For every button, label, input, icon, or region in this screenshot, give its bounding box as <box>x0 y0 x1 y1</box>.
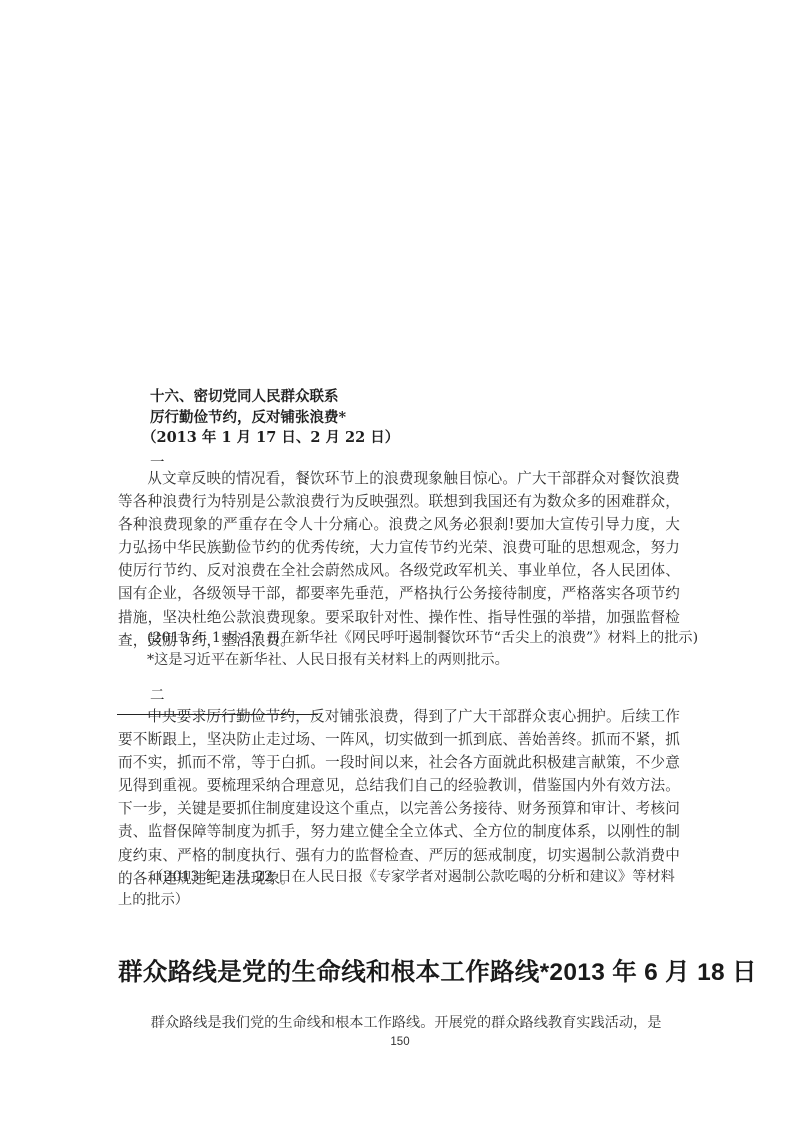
section-heading: 十六、密切党同人民群众联系 <box>150 387 670 408</box>
part-two-number: 二 <box>150 684 165 705</box>
page-number: 150 <box>0 1036 800 1048</box>
next-article-first-line: 群众路线是我们党的生命线和根本工作路线。开展党的群众路线教育实践活动，是 <box>118 1012 680 1034</box>
section-heading-block: 十六、密切党同人民群众联系 厉行勤俭节约，反对铺张浪费* （2013 年 1 月… <box>150 387 670 449</box>
part-one-source: (2013 年 1 月 17 日在新华社《网民呼吁遏制餐饮环节“舌尖上的浪费”》… <box>147 627 698 649</box>
next-article-title: 群众路线是党的生命线和根本工作路线*2013 年 6 月 18 日 <box>118 956 757 990</box>
document-page: 十六、密切党同人民群众联系 厉行勤俭节约，反对铺张浪费* （2013 年 1 月… <box>0 0 800 1131</box>
section-dates: （2013 年 1 月 17 日、2 月 22 日） <box>142 428 670 449</box>
part-two-source-block: （2013 年 2 月 22 日在人民日报《专家学者对遏制公款吃喝的分析和建议》… <box>118 866 680 912</box>
section-subheading: 厉行勤俭节约，反对铺张浪费* <box>150 408 670 429</box>
part-two-text: 中央要求厉行勤俭节约，反对铺张浪费，得到了广大干部群众衷心拥护。后续工作要不断跟… <box>118 705 680 890</box>
part-one-footnote: *这是习近平在新华社、人民日报有关材料上的两则批示。 <box>147 649 509 671</box>
strikethrough-rule <box>117 714 318 715</box>
part-one-paragraph: 从文章反映的情况看，餐饮环节上的浪费现象触目惊心。广大干部群众对餐饮浪费等各种浪… <box>118 467 680 652</box>
part-one-text: 从文章反映的情况看，餐饮环节上的浪费现象触目惊心。广大干部群众对餐饮浪费等各种浪… <box>118 467 680 652</box>
part-two-source: （2013 年 2 月 22 日在人民日报《专家学者对遏制公款吃喝的分析和建议》… <box>118 866 680 912</box>
part-two-paragraph: 中央要求厉行勤俭节约，反对铺张浪费，得到了广大干部群众衷心拥护。后续工作要不断跟… <box>118 705 680 890</box>
next-article-body: 群众路线是我们党的生命线和根本工作路线。开展党的群众路线教育实践活动，是 <box>118 1012 680 1034</box>
